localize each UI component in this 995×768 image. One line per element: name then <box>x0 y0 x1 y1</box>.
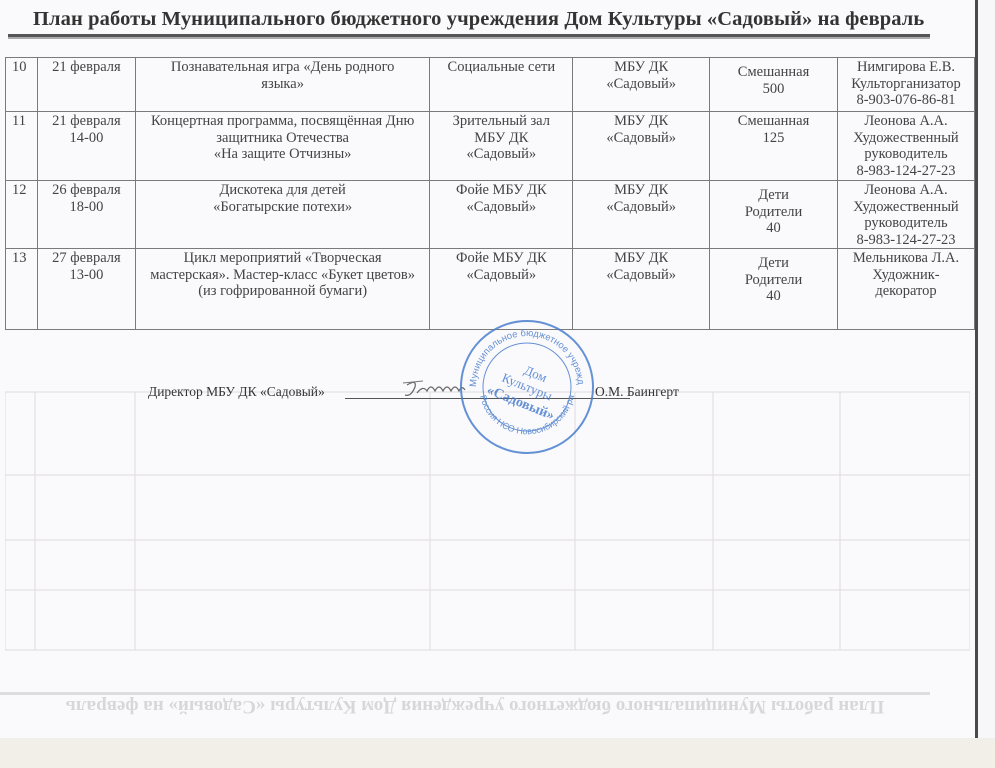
event-audience: Дети Родители 40 <box>710 181 838 249</box>
row-number: 10 <box>6 58 38 112</box>
director-name: О.М. Баингерт <box>595 384 679 400</box>
event-organizer: МБУ ДК «Садовый» <box>573 112 710 181</box>
event-audience: Дети Родители 40 <box>710 249 838 330</box>
event-responsible: Нимгирова Е.В. Культорганизатор 8-903-07… <box>837 58 974 112</box>
table-row: 11 21 февраля 14-00 Концертная программа… <box>6 112 975 181</box>
event-organizer: МБУ ДК «Садовый» <box>573 181 710 249</box>
event-title: Цикл мероприятий «Творческая мастерская»… <box>135 249 430 330</box>
event-audience: Смешанная 125 <box>710 112 838 181</box>
scanned-page: План работы Муниципального бюджетного уч… <box>0 0 978 738</box>
title-underline <box>8 34 930 37</box>
event-organizer: МБУ ДК «Садовый» <box>573 58 710 112</box>
ghost-title: План работы Муниципального бюджетного уч… <box>30 695 920 717</box>
event-date: 27 февраля 13-00 <box>37 249 135 330</box>
event-audience: Смешанная 500 <box>710 58 838 112</box>
row-number: 11 <box>6 112 38 181</box>
table-row: 10 21 февраля Познавательная игра «День … <box>6 58 975 112</box>
event-venue: Социальные сети <box>430 58 573 112</box>
event-responsible: Леонова А.А. Художественный руководитель… <box>837 181 974 249</box>
director-position: Директор МБУ ДК «Садовый» <box>148 384 325 400</box>
document-title: План работы Муниципального бюджетного уч… <box>33 8 924 31</box>
work-plan-table: 10 21 февраля Познавательная игра «День … <box>5 57 975 330</box>
table-row: 12 26 февраля 18-00 Дискотека для детей … <box>6 181 975 249</box>
row-number: 13 <box>6 249 38 330</box>
event-responsible: Леонова А.А. Художественный руководитель… <box>837 112 974 181</box>
event-date: 26 февраля 18-00 <box>37 181 135 249</box>
event-date: 21 февраля 14-00 <box>37 112 135 181</box>
row-number: 12 <box>6 181 38 249</box>
event-title: Концертная программа, посвящённая Дню за… <box>135 112 430 181</box>
event-venue: Зрительный зал МБУ ДК «Садовый» <box>430 112 573 181</box>
official-stamp-icon: Муниципальное бюджетное учреждение Росси… <box>458 318 596 456</box>
event-venue: Фойе МБУ ДК «Садовый» <box>430 181 573 249</box>
event-responsible: Мельникова Л.А. Художник- декоратор <box>837 249 974 330</box>
event-title: Познавательная игра «День родного языка» <box>135 58 430 112</box>
scanner-bed-edge <box>0 738 995 768</box>
event-date: 21 февраля <box>37 58 135 112</box>
event-title: Дискотека для детей «Богатырские потехи» <box>135 181 430 249</box>
ghost-title-rule <box>0 692 930 695</box>
